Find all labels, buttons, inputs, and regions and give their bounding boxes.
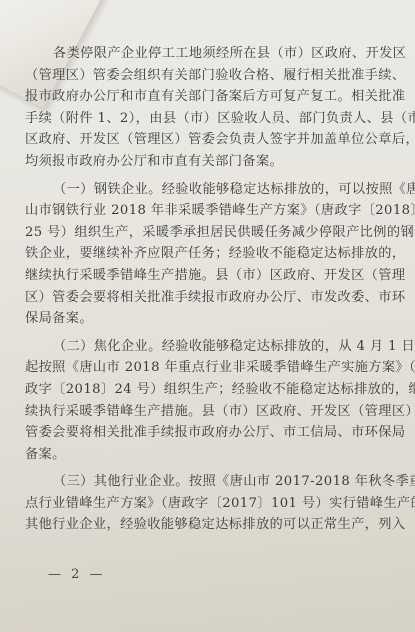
section-1-heading-line: （一）钢铁企业。经验收能够稳定达标排放的，可以按照《唐 xyxy=(25,179,400,201)
text-line: 25 号）组织生产，采暖季承担居民供暖任务减少停限产比例的钢 xyxy=(25,222,400,244)
section-2-heading-line: （二）焦化企业。经验收能够稳定达标排放的，从 4 月 1 日 xyxy=(25,336,400,358)
text-line: 各类停限产企业停工工地须经所在县（市）区政府、开发区 xyxy=(25,43,400,65)
text-line: 区政府、开发区（管理区）管委会负责人签字并加盖单位公章后， xyxy=(25,129,400,151)
text-line: 续执行采暖季错峰生产措施。县（市）区政府、开发区（管理区） xyxy=(25,401,400,423)
text-line: 报市政府办公厅和市直有关部门备案后方可复产复工。相关批准 xyxy=(25,86,400,108)
text-line: 继续执行采暖季错峰生产措施。县（市）区政府、开发区（管理 xyxy=(25,265,400,287)
text-line: 点行业错峰生产方案》（唐政字〔2017〕101 号）实行错峰生产的 xyxy=(25,493,400,515)
text-line: 其他行业企业，经验收能够稳定达标排放的可以正常生产，列入 xyxy=(25,514,400,536)
text-line: 铁企业，要继续补齐应限产任务；经验收不能稳定达标排放的， xyxy=(25,243,400,265)
document-page: 各类停限产企业停工工地须经所在县（市）区政府、开发区 （管理区）管委会组织有关部… xyxy=(25,43,400,536)
text-line: 均须报市政府办公厅和市直有关部门备案。 xyxy=(25,151,400,173)
text-line: 起按照《唐山市 2018 年重点行业非采暖季错峰生产实施方案》（唐 xyxy=(25,357,400,379)
text-line: 手续（附件 1、2），由县（市）区验收人员、部门负责人、县（市） xyxy=(25,108,400,130)
text-line: 区）管委会要将相关批准手续报市政府办公厅、市发改委、市环 xyxy=(25,287,400,309)
section-3-heading-line: （三）其他行业企业。按照《唐山市 2017-2018 年秋冬季重 xyxy=(25,471,400,493)
text-line: （管理区）管委会组织有关部门验收合格、履行相关批准手续、 xyxy=(25,65,400,87)
text-line: 山市钢铁行业 2018 年非采暖季错峰生产方案》（唐政字〔2018〕 xyxy=(25,200,400,222)
text-line: 政字〔2018〕24 号）组织生产；经验收不能稳定达标排放的，继 xyxy=(25,379,400,401)
text-line: 备案。 xyxy=(25,444,400,466)
text-line: 保局备案。 xyxy=(25,308,400,330)
text-line: 管委会要将相关批准手续报市政府办公厅、市工信局、市环保局 xyxy=(25,422,400,444)
page-number: — 2 — xyxy=(48,567,106,582)
